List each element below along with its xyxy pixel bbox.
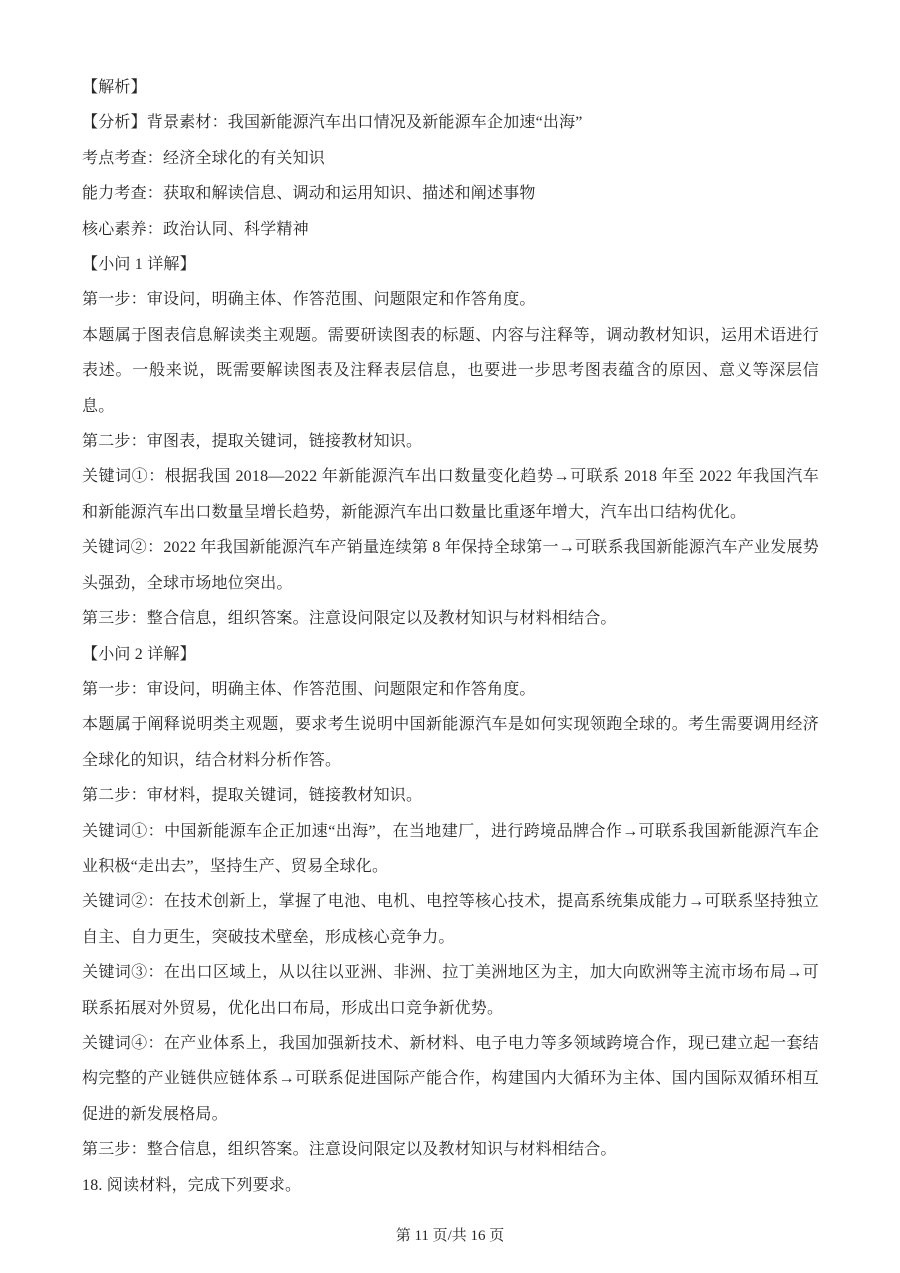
ability-check: 能力考查：获取和解读信息、调动和运用知识、描述和阐述事物 (82, 176, 819, 211)
subq1-step3: 第三步：整合信息，组织答案。注意设问限定以及教材知识与材料相结合。 (82, 601, 819, 636)
document-content: 【解析】 【分析】背景素材：我国新能源汽车出口情况及新能源车企加速“出海” 考点… (82, 70, 819, 1203)
page-number: 第 11 页/共 16 页 (0, 1225, 900, 1247)
subq2-step1: 第一步：审设问，明确主体、作答范围、问题限定和作答角度。 (82, 672, 819, 707)
subq2-keyword-4: 关键词④：在产业体系上，我国加强新技术、新材料、电子电力等多领域跨境合作，现已建… (82, 1026, 819, 1132)
subq1-step1: 第一步：审设问，明确主体、作答范围、问题限定和作答角度。 (82, 282, 819, 317)
background-material: 【分析】背景素材：我国新能源汽车出口情况及新能源车企加速“出海” (82, 105, 819, 140)
subq2-header: 【小问 2 详解】 (82, 637, 819, 672)
exam-point: 考点考查：经济全球化的有关知识 (82, 141, 819, 176)
analysis-section-label: 【解析】 (82, 70, 819, 105)
subq1-keyword-2: 关键词②：2022 年我国新能源汽车产销量连续第 8 年保持全球第一→可联系我国… (82, 530, 819, 601)
document-page: 【解析】 【分析】背景素材：我国新能源汽车出口情况及新能源车企加速“出海” 考点… (0, 0, 900, 1273)
subq1-step1-note: 本题属于图表信息解读类主观题。需要研读图表的标题、内容与注释等，调动教材知识，运… (82, 318, 819, 424)
subq2-keyword-3: 关键词③：在出口区域上，从以往以亚洲、非洲、拉丁美洲地区为主，加大向欧洲等主流市… (82, 955, 819, 1026)
subq1-header: 【小问 1 详解】 (82, 247, 819, 282)
subq2-keyword-1: 关键词①：中国新能源车企正加速“出海”，在当地建厂，进行跨境品牌合作→可联系我国… (82, 814, 819, 885)
core-literacy: 核心素养：政治认同、科学精神 (82, 212, 819, 247)
question-18-lead: 18. 阅读材料，完成下列要求。 (82, 1168, 819, 1203)
subq1-step2: 第二步：审图表，提取关键词，链接教材知识。 (82, 424, 819, 459)
subq1-keyword-1: 关键词①：根据我国 2018—2022 年新能源汽车出口数量变化趋势→可联系 2… (82, 459, 819, 530)
subq2-keyword-2: 关键词②：在技术创新上，掌握了电池、电机、电控等核心技术，提高系统集成能力→可联… (82, 884, 819, 955)
subq2-step3: 第三步：整合信息，组织答案。注意设问限定以及教材知识与材料相结合。 (82, 1132, 819, 1167)
subq2-step1-note: 本题属于阐释说明类主观题，要求考生说明中国新能源汽车是如何实现领跑全球的。考生需… (82, 707, 819, 778)
subq2-step2: 第二步：审材料，提取关键词，链接教材知识。 (82, 778, 819, 813)
